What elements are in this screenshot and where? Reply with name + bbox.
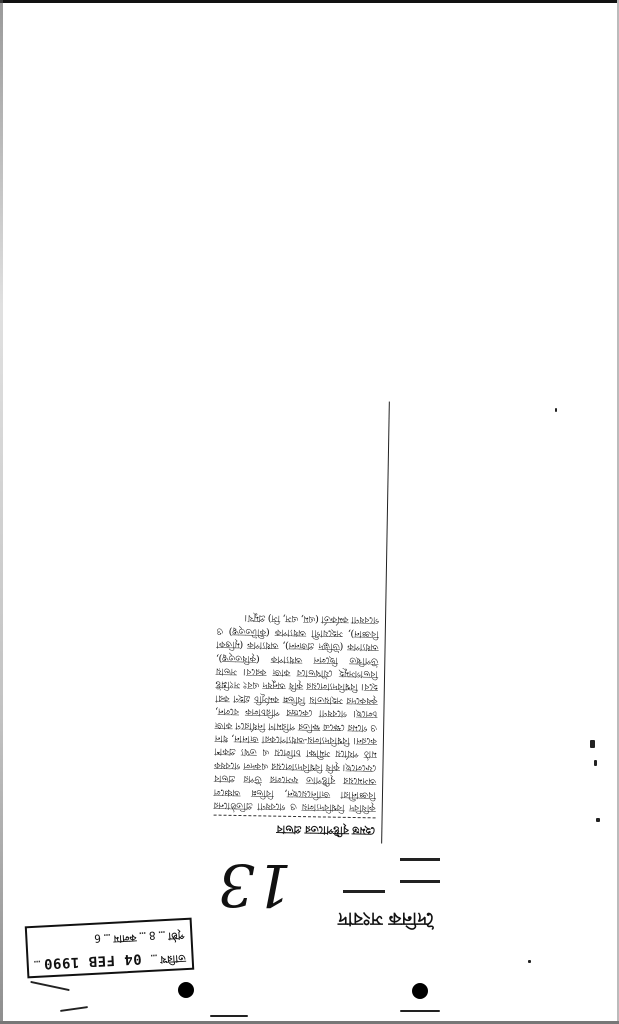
stamp-date-label: তারিখ [160, 948, 186, 966]
scan-speck [210, 1015, 248, 1017]
punch-hole [178, 982, 194, 998]
scan-speck [555, 408, 557, 412]
rule-line [400, 880, 440, 883]
stamp-column-label: কলাম [113, 928, 137, 946]
stamp-page-value: 8 [149, 929, 156, 942]
stamp-column-value: 6 [94, 931, 101, 944]
stamp-date-value: 04 FEB 1990 [43, 951, 142, 972]
stamp-page-label: পৃষ্ঠা [168, 925, 185, 943]
date-stamp: তারিখ … 04 FEB 1990 … পৃষ্ঠা … 8 … কলাম … [25, 918, 194, 979]
scan-top-edge [0, 0, 619, 3]
punch-hole [412, 983, 428, 999]
scan-speck [596, 818, 600, 822]
scan-speck [60, 1006, 88, 1012]
scan-speck [594, 760, 597, 766]
rule-line [343, 890, 385, 893]
rule-line [400, 858, 440, 861]
scan-left-edge [0, 0, 3, 1024]
clipping-body-text: কৃষিবিদ বিশ্ববিদ্যালয় ও গবেষণা প্রতিষ্ঠ… [214, 611, 379, 815]
newspaper-clipping: হেমন্ত বৃষ্টিপাতের প্রভাব কৃষিবিদ বিশ্বব… [205, 398, 390, 843]
handwritten-page-number: 13 [205, 850, 305, 920]
newspaper-masthead: দৈনিক সংবাদ [322, 900, 450, 936]
scan-speck [400, 1010, 440, 1012]
scan-speck [30, 981, 70, 991]
scan-speck [590, 740, 595, 748]
clipping-headline: হেমন্ত বৃষ্টিপাতের প্রভাব [213, 815, 375, 840]
scan-speck [528, 960, 531, 963]
